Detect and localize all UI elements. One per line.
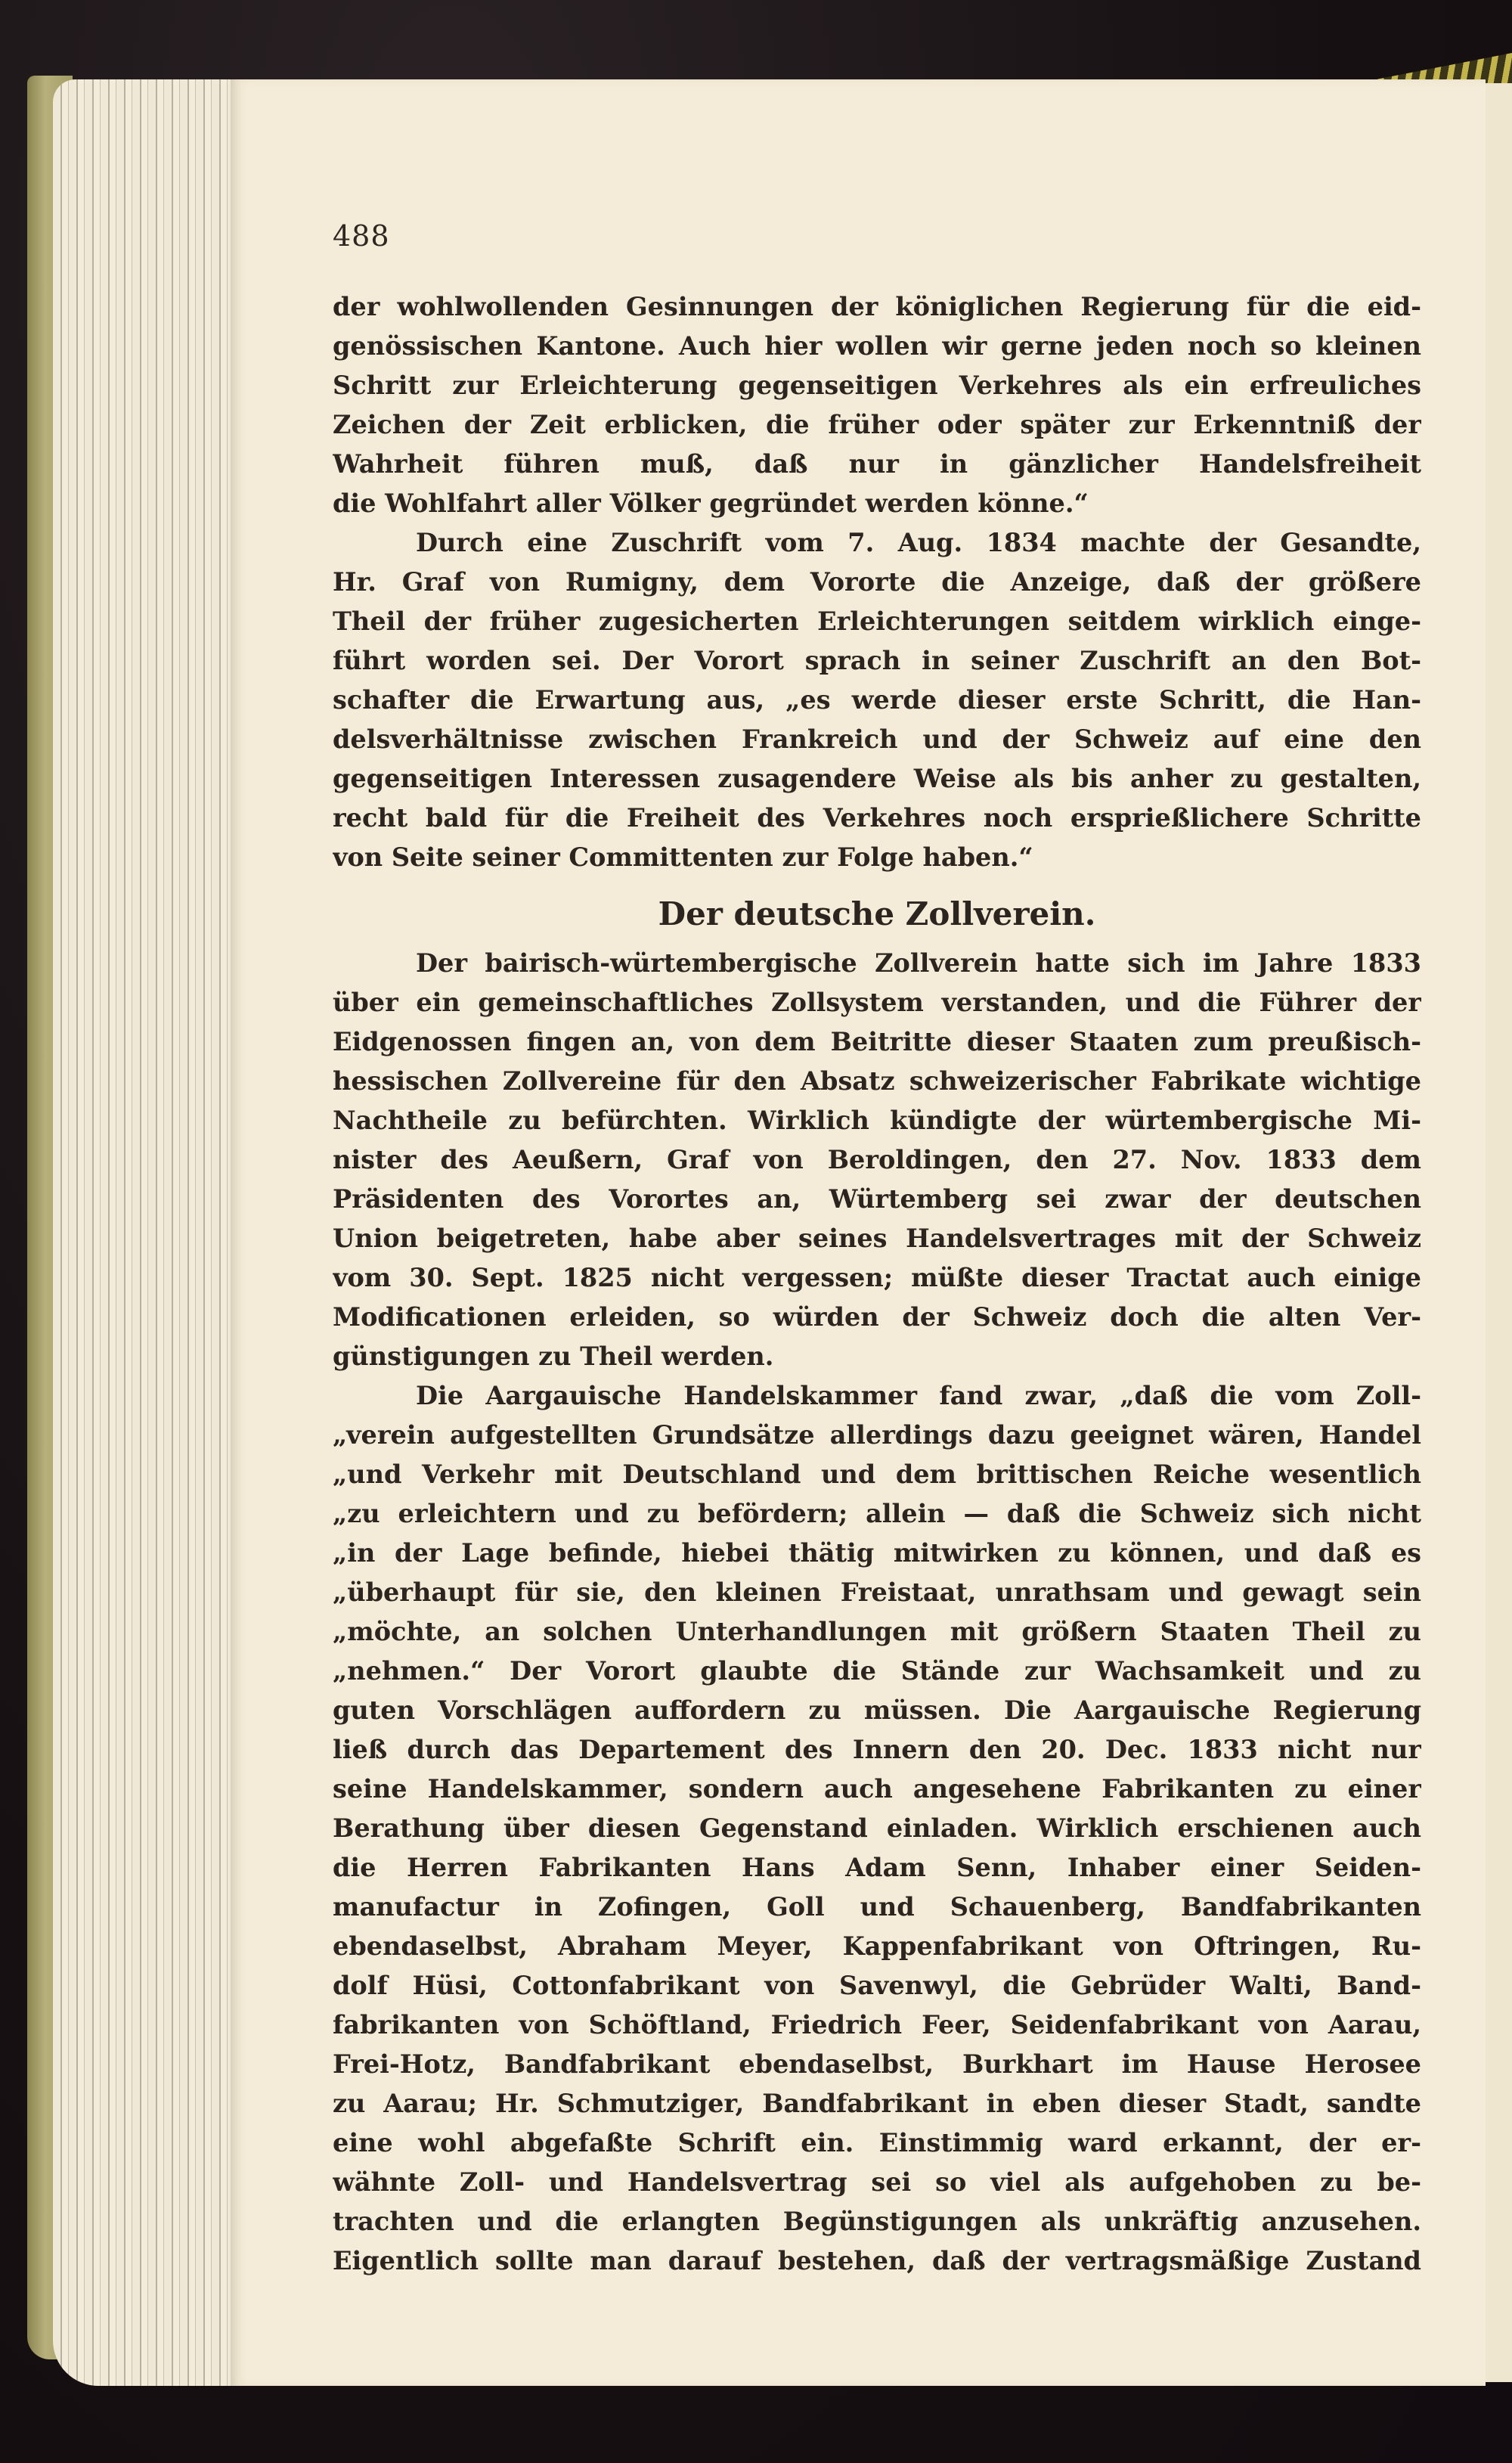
text-line: Schritt zur Erleichterung gegenseitigen … <box>333 366 1421 405</box>
page-body: der wohlwollenden Gesinnungen der königl… <box>333 287 1421 2281</box>
page-number: 488 <box>333 219 390 253</box>
text-line: „verein aufgestellten Grundsätze allerdi… <box>333 1416 1421 1455</box>
paragraph: Die Aargauische Handelskammer fand zwar,… <box>333 1376 1421 2281</box>
text-line: schafter die Erwartung aus, „es werde di… <box>333 681 1421 720</box>
text-line: Präsidenten des Vorortes an, Würtemberg … <box>333 1180 1421 1219</box>
text-line: genössischen Kantone. Auch hier wollen w… <box>333 327 1421 366</box>
text-line: günstigungen zu Theil werden. <box>333 1337 1421 1376</box>
text-line: dolf Hüsi, Cottonfabrikant von Savenwyl,… <box>333 1966 1421 2005</box>
text-line: hessischen Zollvereine für den Absatz sc… <box>333 1062 1421 1101</box>
text-line: der wohlwollenden Gesinnungen der königl… <box>333 287 1421 327</box>
text-line: Zeichen der Zeit erblicken, die früher o… <box>333 405 1421 445</box>
text-line: die Wohlfahrt aller Völker gegründet wer… <box>333 484 1421 523</box>
text-line: guten Vorschlägen auffordern zu müssen. … <box>333 1691 1421 1730</box>
text-line: Durch eine Zuschrift vom 7. Aug. 1834 ma… <box>333 523 1421 563</box>
text-line: delsverhältnisse zwischen Frankreich und… <box>333 720 1421 759</box>
text-line: zu Aarau; Hr. Schmutziger, Bandfabrikant… <box>333 2084 1421 2123</box>
text-line: recht bald für die Freiheit des Verkehre… <box>333 799 1421 838</box>
text-line: Wahrheit führen muß, daß nur in gänzlich… <box>333 445 1421 484</box>
text-line: über ein gemeinschaftliches Zollsystem v… <box>333 983 1421 1022</box>
page-stack-edges <box>53 79 234 2386</box>
text-line: Der bairisch-würtembergische Zollverein … <box>333 944 1421 983</box>
text-line: führt worden sei. Der Vorort sprach in s… <box>333 641 1421 681</box>
text-line: fabrikanten von Schöftland, Friedrich Fe… <box>333 2005 1421 2045</box>
text-line: Eidgenossen fingen an, von dem Beitritte… <box>333 1022 1421 1062</box>
text-line: von Seite seiner Committenten zur Folge … <box>333 838 1421 877</box>
text-line: „nehmen.“ Der Vorort glaubte die Stände … <box>333 1652 1421 1691</box>
text-line: „und Verkehr mit Deutschland und dem bri… <box>333 1455 1421 1494</box>
text-line: die Herren Fabrikanten Hans Adam Senn, I… <box>333 1848 1421 1888</box>
text-line: Nachtheile zu befürchten. Wirklich kündi… <box>333 1101 1421 1140</box>
paragraph: Der bairisch-würtembergische Zollverein … <box>333 944 1421 1376</box>
text-line: „überhaupt für sie, den kleinen Freistaa… <box>333 1573 1421 1612</box>
text-line: seine Handelskammer, sondern auch angese… <box>333 1770 1421 1809</box>
text-line: wähnte Zoll- und Handelsvertrag sei so v… <box>333 2163 1421 2202</box>
text-line: ebendaselbst, Abraham Meyer, Kappenfabri… <box>333 1927 1421 1966</box>
text-line: Eigentlich sollte man darauf bestehen, d… <box>333 2241 1421 2281</box>
text-line: Berathung über diesen Gegenstand einlade… <box>333 1809 1421 1848</box>
text-line: manufactur in Zofingen, Goll und Schauen… <box>333 1888 1421 1927</box>
text-line: Hr. Graf von Rumigny, dem Vororte die An… <box>333 563 1421 602</box>
text-line: eine wohl abgefaßte Schrift ein. Einstim… <box>333 2123 1421 2163</box>
text-line: „zu erleichtern und zu befördern; allein… <box>333 1494 1421 1534</box>
text-line: Theil der früher zugesicherten Erleichte… <box>333 602 1421 641</box>
text-line: trachten und die erlangten Begünstigunge… <box>333 2202 1421 2241</box>
text-line: ließ durch das Departement des Innern de… <box>333 1730 1421 1770</box>
text-line: Union beigetreten, habe aber seines Hand… <box>333 1219 1421 1258</box>
text-line: Modificationen erleiden, so würden der S… <box>333 1298 1421 1337</box>
text-line: vom 30. Sept. 1825 nicht vergessen; müßt… <box>333 1258 1421 1298</box>
text-line: Frei-Hotz, Bandfabrikant ebendaselbst, B… <box>333 2045 1421 2084</box>
paragraph: der wohlwollenden Gesinnungen der königl… <box>333 287 1421 523</box>
paragraph: Durch eine Zuschrift vom 7. Aug. 1834 ma… <box>333 523 1421 877</box>
text-line: nister des Aeußern, Graf von Beroldingen… <box>333 1140 1421 1180</box>
section-heading: Der deutsche Zollverein. <box>333 885 1421 944</box>
text-line: „möchte, an solchen Unterhandlungen mit … <box>333 1612 1421 1652</box>
text-line: gegenseitigen Interessen zusagendere Wei… <box>333 759 1421 799</box>
text-line: Die Aargauische Handelskammer fand zwar,… <box>333 1376 1421 1416</box>
text-line: „in der Lage befinde, hiebei thätig mitw… <box>333 1534 1421 1573</box>
